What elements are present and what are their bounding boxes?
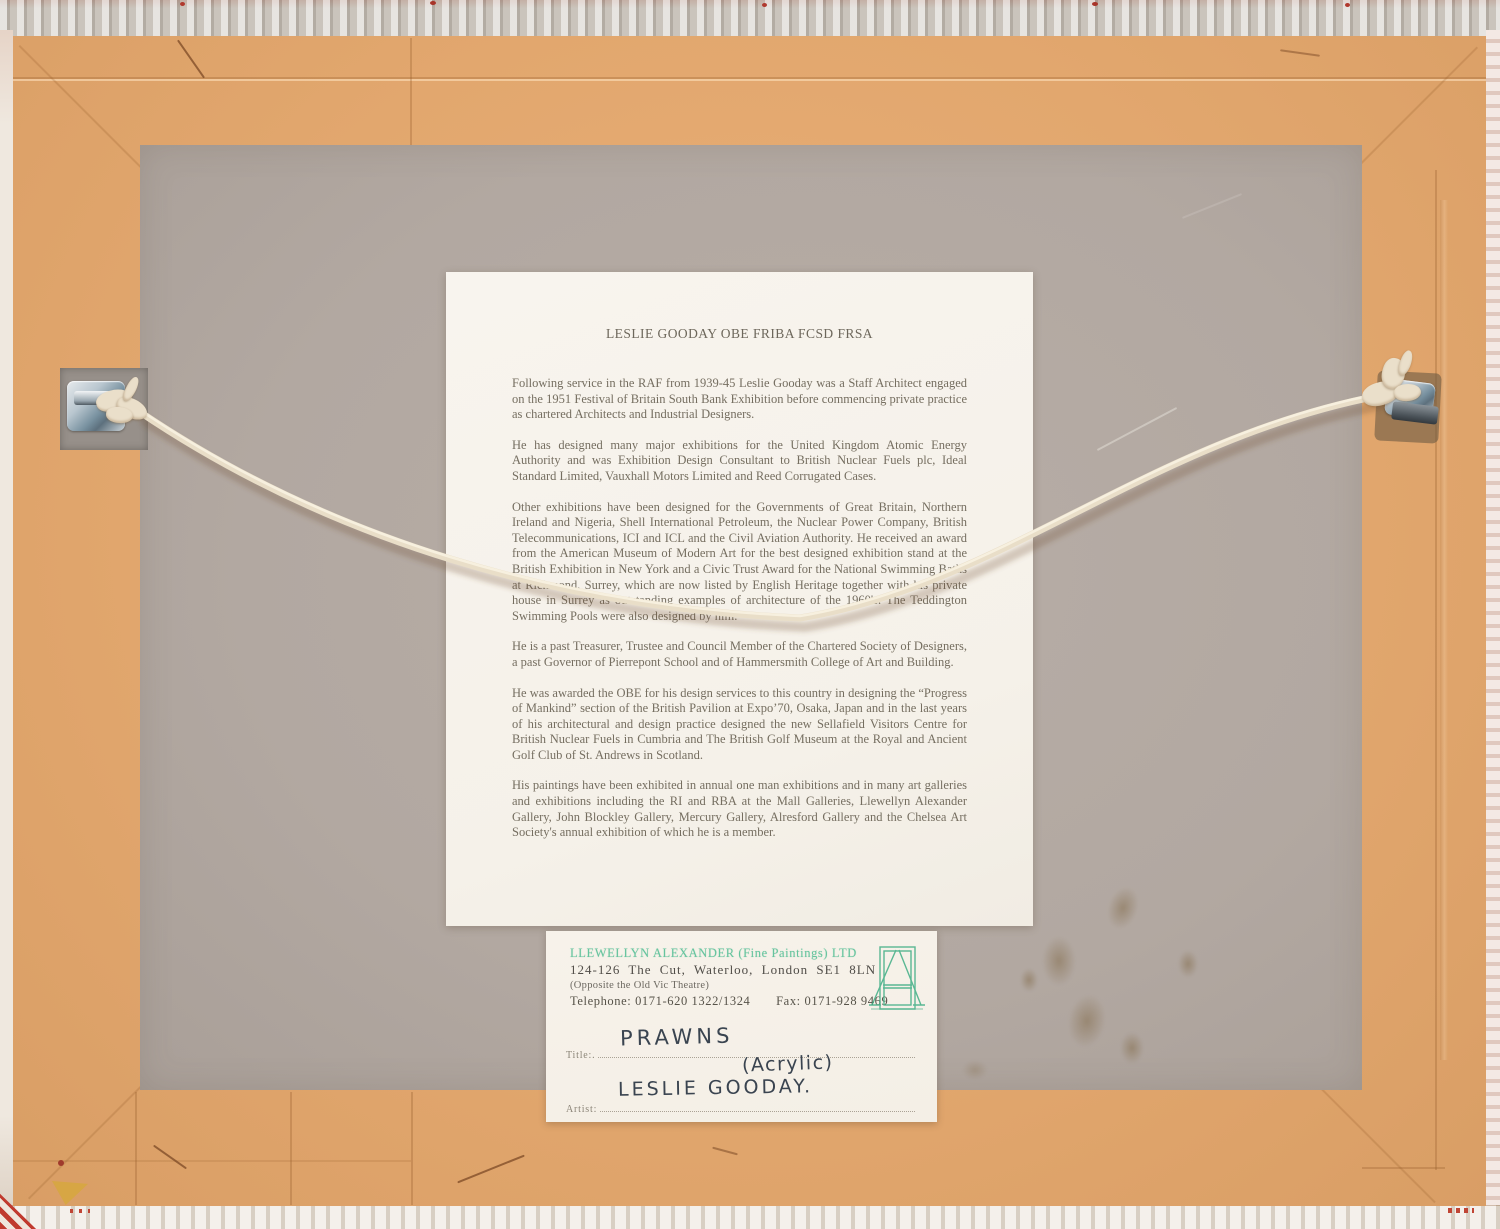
gallery-contact: Telephone: 0171-620 1322/1324 Fax: 0171-… — [570, 994, 888, 1009]
biography-sheet: LESLIE GOODAY OBE FRIBA FCSD FRSA Follow… — [446, 272, 1033, 926]
biography-paragraph: His paintings have been exhibited in ann… — [512, 778, 967, 840]
tape-crease — [1440, 200, 1448, 1060]
stain — [962, 1060, 988, 1080]
framed-painting-back-photo: LESLIE GOODAY OBE FRIBA FCSD FRSA Follow… — [0, 0, 1500, 1229]
red-speck — [58, 1160, 64, 1166]
frame-top-edge — [0, 0, 1500, 38]
biography-paragraph: He has designed many major exhibitions f… — [512, 438, 967, 485]
artist-dotted-line — [600, 1099, 915, 1112]
stain — [1042, 936, 1076, 986]
artist-field: Artist: — [566, 1099, 915, 1115]
paint-speck — [1345, 3, 1350, 7]
la-monogram-icon — [869, 943, 925, 1019]
frame-left-edge — [0, 30, 13, 1210]
tape-seam — [290, 1092, 292, 1205]
gallery-address: 124-126 The Cut, Waterloo, London SE1 8L… — [570, 962, 876, 978]
handwritten-title: PRAWNS — [620, 1024, 734, 1051]
tape-seam — [13, 1160, 411, 1162]
handwritten-medium: (Acrylic) — [742, 1051, 834, 1076]
title-field: Title:. — [566, 1045, 915, 1061]
biography-paragraph: He is a past Treasurer, Trustee and Coun… — [512, 639, 967, 670]
biography-paragraph: He was awarded the OBE for his design se… — [512, 686, 967, 764]
biography-title: LESLIE GOODAY OBE FRIBA FCSD FRSA — [512, 326, 967, 342]
tape-seam — [411, 1092, 413, 1205]
gallery-name: LLEWELLYN ALEXANDER (Fine Paintings) LTD — [570, 946, 857, 961]
tape-seam-highlight — [13, 79, 1486, 81]
gallery-label: LLEWELLYN ALEXANDER (Fine Paintings) LTD… — [546, 931, 937, 1122]
paint-speck — [1448, 1208, 1474, 1213]
gallery-telephone: Telephone: 0171-620 1322/1324 — [570, 994, 750, 1008]
paint-speck — [70, 1209, 90, 1213]
stain — [1178, 950, 1198, 978]
stain — [1020, 968, 1038, 992]
handwritten-artist: LESLIE GOODAY. — [618, 1075, 813, 1100]
paint-speck — [180, 2, 185, 6]
tape-seam — [135, 1092, 137, 1205]
gallery-address-note: (Opposite the Old Vic Theatre) — [570, 980, 709, 991]
tape-seam — [1435, 170, 1437, 1170]
paint-speck — [1092, 2, 1098, 6]
stain — [1120, 1032, 1144, 1064]
biography-paragraph: Other exhibitions have been designed for… — [512, 500, 967, 625]
frame-bottom-edge — [0, 1205, 1500, 1229]
frame-right-edge — [1486, 30, 1500, 1210]
artist-field-label: Artist: — [566, 1104, 597, 1115]
paint-speck — [430, 1, 436, 5]
title-field-label: Title:. — [566, 1050, 595, 1061]
biography-paragraph: Following service in the RAF from 1939-4… — [512, 376, 967, 423]
paint-speck — [762, 3, 767, 7]
